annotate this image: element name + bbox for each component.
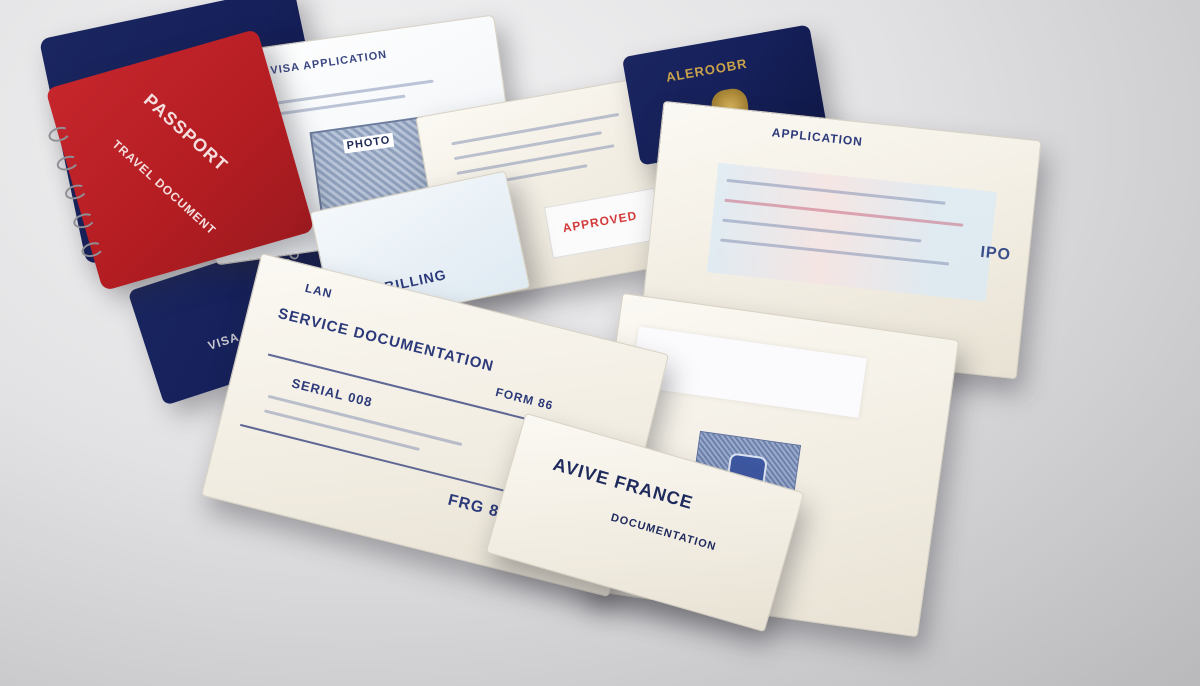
right-forms-badge: IPO [979,244,1011,265]
visa-sheet-heading: VISA APPLICATION [270,49,388,77]
red-approved-stamp: APPROVED [544,188,663,259]
bottom-envelope-subtitle: DOCUMENTATION [609,512,717,554]
document-scene: PASSPORT VISA CARD VISA APPLICATION PHOT… [0,0,1200,686]
bottom-envelope-title: AVIVE FRANCE [551,454,696,514]
main-form-line-1: LAN [304,281,334,301]
main-form-line-2: FORM 86 [494,385,555,413]
navy-passport-top-text: ALEROOBR [665,56,749,85]
right-forms-header: APPLICATION [771,125,863,148]
main-form-code: FRG 8 [446,492,501,522]
torn-paper-label [631,326,867,417]
red-passport-text: PASSPORT [139,90,232,176]
